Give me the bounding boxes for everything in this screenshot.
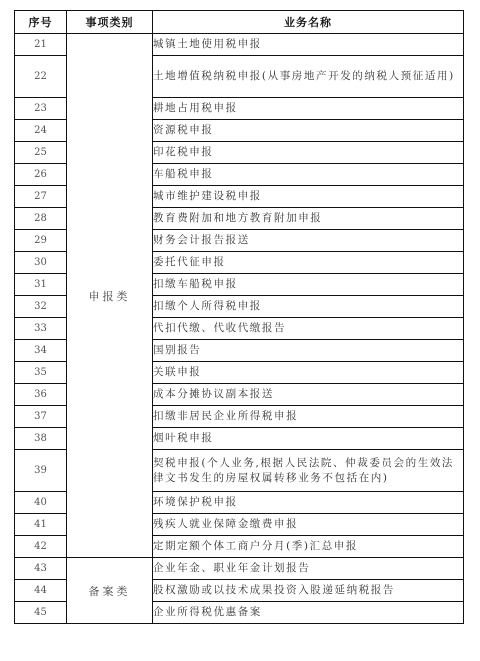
business-name: 印花税申报 <box>153 142 464 164</box>
table-header-row: 序号 事项类别 业务名称 <box>15 11 464 34</box>
business-name: 企业年金、职业年金计划报告 <box>153 558 464 580</box>
header-name: 业务名称 <box>153 11 464 34</box>
table-row: 43 备案类 企业年金、职业年金计划报告 <box>15 558 464 580</box>
row-number: 35 <box>15 362 67 384</box>
business-name: 扣缴车船税申报 <box>153 274 464 296</box>
category-cell-declaration: 申报类 <box>67 34 153 558</box>
category-cell-filing: 备案类 <box>67 558 153 624</box>
row-number: 44 <box>15 580 67 602</box>
row-number: 33 <box>15 318 67 340</box>
row-number: 25 <box>15 142 67 164</box>
row-number: 24 <box>15 120 67 142</box>
business-name: 委托代征申报 <box>153 252 464 274</box>
row-number: 40 <box>15 492 67 514</box>
row-number: 45 <box>15 602 67 624</box>
business-name: 土地增值税纳税申报(从事房地产开发的纳税人预征适用) <box>153 56 464 98</box>
row-number: 38 <box>15 428 67 450</box>
business-name: 契税申报(个人业务,根据人民法院、仲裁委员会的生效法律文书发生的房屋权属转移业务… <box>153 450 464 492</box>
business-name: 城镇土地使用税申报 <box>153 34 464 56</box>
row-number: 26 <box>15 164 67 186</box>
business-name: 定期定额个体工商户分月(季)汇总申报 <box>153 536 464 558</box>
business-name: 耕地占用税申报 <box>153 98 464 120</box>
row-number: 37 <box>15 406 67 428</box>
row-number: 32 <box>15 296 67 318</box>
business-name: 扣缴个人所得税申报 <box>153 296 464 318</box>
row-number: 28 <box>15 208 67 230</box>
row-number: 36 <box>15 384 67 406</box>
row-number: 42 <box>15 536 67 558</box>
business-items-table: 序号 事项类别 业务名称 21 申报类 城镇土地使用税申报 22 土地增值税纳税… <box>14 10 464 624</box>
business-name: 企业所得税优惠备案 <box>153 602 464 624</box>
row-number: 41 <box>15 514 67 536</box>
row-number: 21 <box>15 34 67 56</box>
business-name: 城市维护建设税申报 <box>153 186 464 208</box>
business-name: 扣缴非居民企业所得税申报 <box>153 406 464 428</box>
business-name: 车船税申报 <box>153 164 464 186</box>
row-number: 31 <box>15 274 67 296</box>
row-number: 22 <box>15 56 67 98</box>
row-number: 29 <box>15 230 67 252</box>
business-name: 成本分摊协议副本报送 <box>153 384 464 406</box>
business-name: 烟叶税申报 <box>153 428 464 450</box>
business-name: 残疾人就业保障金缴费申报 <box>153 514 464 536</box>
row-number: 34 <box>15 340 67 362</box>
business-name: 资源税申报 <box>153 120 464 142</box>
row-number: 43 <box>15 558 67 580</box>
business-name: 代扣代缴、代收代缴报告 <box>153 318 464 340</box>
row-number: 23 <box>15 98 67 120</box>
header-number: 序号 <box>15 11 67 34</box>
business-name: 关联申报 <box>153 362 464 384</box>
business-name: 国别报告 <box>153 340 464 362</box>
header-category: 事项类别 <box>67 11 153 34</box>
row-number: 30 <box>15 252 67 274</box>
row-number: 27 <box>15 186 67 208</box>
row-number: 39 <box>15 450 67 492</box>
table-row: 21 申报类 城镇土地使用税申报 <box>15 34 464 56</box>
business-name: 环境保护税申报 <box>153 492 464 514</box>
business-name: 财务会计报告报送 <box>153 230 464 252</box>
business-name: 教育费附加和地方教育附加申报 <box>153 208 464 230</box>
business-name: 股权激励或以技术成果投资入股递延纳税报告 <box>153 580 464 602</box>
